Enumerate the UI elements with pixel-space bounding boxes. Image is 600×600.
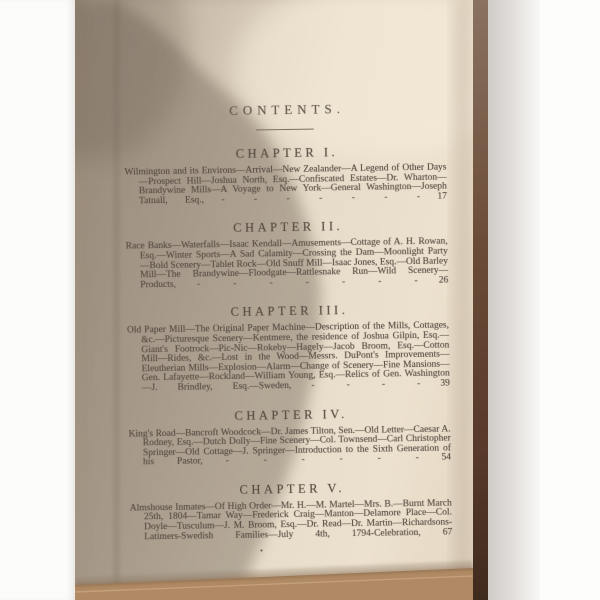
book-page: CONTENTS. CHAPTER I. Wilmington and its …: [75, 0, 473, 600]
chapter-3-page-number: 39: [440, 378, 450, 388]
chapter-1-entry: Wilmington and its Environs—Arrival—New …: [124, 163, 447, 206]
chapter-2-page-number: 26: [439, 275, 449, 285]
leader-dashes: - - - - - - -: [221, 192, 420, 205]
gutter-fold-shadow: [113, 0, 120, 600]
chapter-5-page-number: 67: [443, 527, 453, 537]
chapter-3-entry: Old Paper Mill—The Original Paper Machin…: [127, 322, 450, 394]
chapter-4-entry: King's Road—Bancroft Woodcock—Dr. James …: [129, 425, 452, 468]
leader-dashes: - - - - - -: [226, 453, 419, 466]
leader-dashes: - - - -: [311, 379, 420, 391]
photo-background-right: [540, 0, 600, 600]
chapter-2-heading: CHAPTER II.: [125, 218, 447, 238]
chapter-2-entry: Race Banks—Waterfalls—Isaac Kendall—Amus…: [126, 238, 449, 291]
chapter-5-summary: Almshouse Inmates—Of High Order—Mr. H.—M…: [130, 498, 452, 542]
leader-dashes: - - - - - - -: [197, 276, 418, 289]
title-divider-rule: [256, 129, 314, 131]
book-cover-fore-edge: [473, 0, 488, 600]
contents-text-block: CONTENTS. CHAPTER I. Wilmington and its …: [123, 99, 452, 557]
book-photo: CONTENTS. CHAPTER I. Wilmington and its …: [0, 0, 600, 600]
chapter-1-heading: CHAPTER I.: [124, 143, 446, 163]
chapter-5-entry: Almshouse Inmates—Of High Order—Mr. H.—M…: [130, 499, 453, 542]
chapter-3-heading: CHAPTER III.: [127, 302, 449, 322]
chapter-4-heading: CHAPTER IV.: [128, 405, 450, 425]
chapter-4-page-number: 54: [441, 453, 451, 463]
fore-edge-shading: [453, 0, 473, 600]
chapter-1-page-number: 17: [437, 191, 447, 201]
photo-background-right-shadow: [488, 0, 548, 600]
chapter-5-heading: CHAPTER V.: [129, 479, 451, 499]
photo-background-left: [0, 0, 75, 600]
